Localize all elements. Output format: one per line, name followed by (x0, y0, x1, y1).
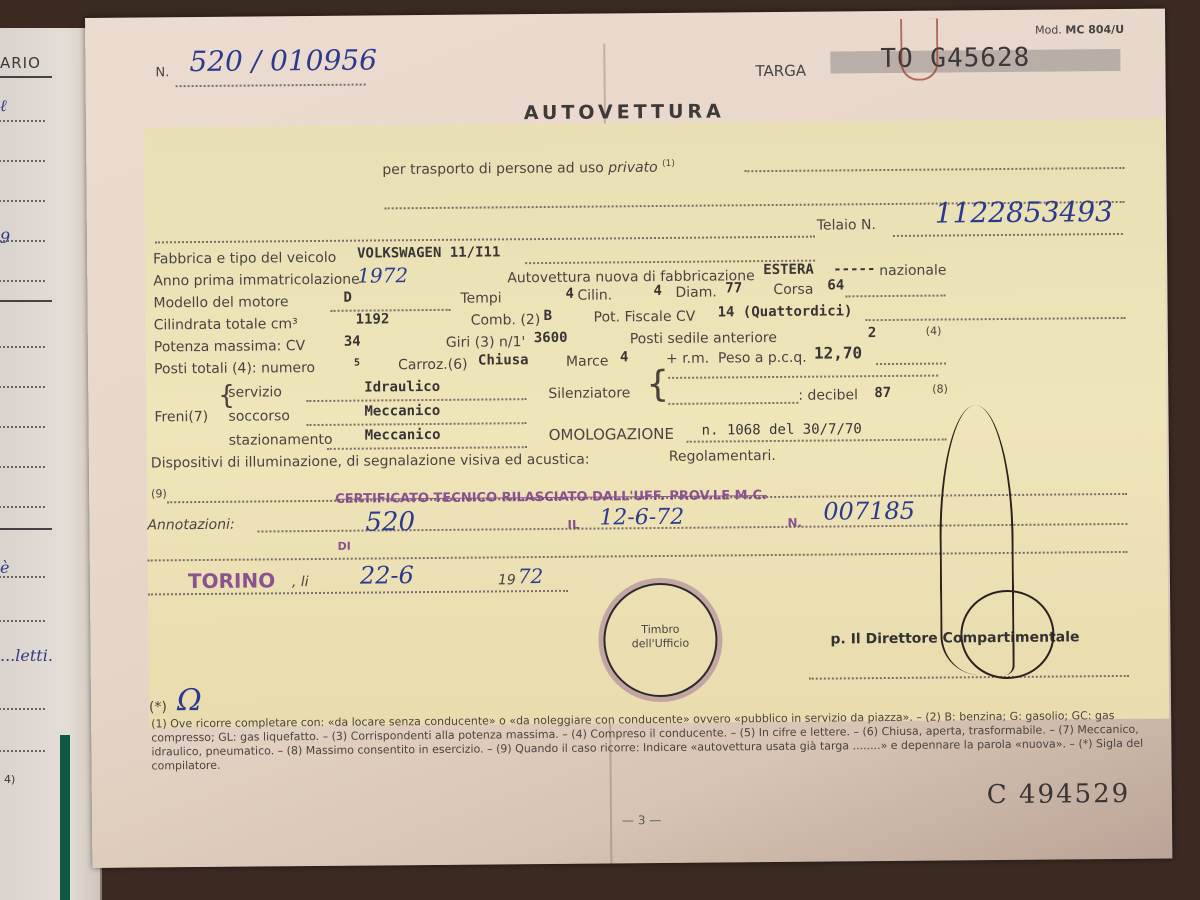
omologazione-value: n. 1068 del 30/7/70 (702, 421, 862, 438)
divider (0, 528, 52, 530)
issue-date: 22-6 (360, 561, 414, 589)
office-stamp-seal: Timbro dell'Ufficio (603, 583, 718, 698)
nuova-suffix: nazionale (879, 262, 946, 279)
comb-label: Comb. (2) (471, 312, 541, 329)
diam-label: Diam. (675, 284, 716, 300)
tempi-label: Tempi (460, 290, 501, 306)
fabbrica-value: VOLKSWAGEN 11/I11 (357, 244, 500, 261)
red-pen-mark (900, 19, 939, 81)
dotted-line (668, 402, 798, 405)
dotted-line (307, 422, 527, 426)
telaio-label: Telaio N. (817, 217, 876, 234)
giri-label: Giri (3) n/1' (446, 334, 526, 351)
handwriting: è (0, 558, 9, 577)
freni-staz-label: stazionamento (229, 432, 333, 449)
rm-label: + r.m. (666, 351, 709, 367)
posti-ant-label: Posti sedile anteriore (630, 330, 777, 347)
nuova-value: ESTERA (763, 262, 814, 278)
freni-servizio-label: servizio (228, 384, 282, 400)
potenza-label: Potenza massima: CV (154, 338, 305, 355)
freni-label: Freni(7) (154, 409, 208, 425)
nuova-strike: ----- (833, 261, 875, 277)
dotted-line (0, 576, 45, 578)
dotted-line (306, 398, 526, 402)
year-prefix: 19 (498, 572, 516, 588)
dotted-line (0, 620, 45, 622)
binding-strip (60, 735, 70, 900)
dotted-line (0, 506, 45, 508)
dispositivi-label: Dispositivi di illuminazione, di segnala… (151, 452, 590, 472)
brace-icon: { (646, 367, 669, 403)
left-page-note: g. 4) (0, 773, 15, 786)
city-stamp: TORINO (188, 568, 275, 593)
handwriting: ℓ (0, 96, 7, 116)
dotted-line (744, 167, 1124, 172)
number-label: N. (155, 65, 169, 80)
stamp-il: IL (567, 518, 579, 532)
motore-label: Modello del motore (153, 294, 288, 311)
dotted-line (327, 446, 527, 450)
usage-label: per trasporto di persone ad uso privato … (382, 159, 675, 178)
certificate-number: 007185 (823, 497, 915, 526)
ref-9: (9) (151, 487, 167, 500)
dotted-line (668, 375, 938, 379)
dotted-line (0, 708, 45, 710)
dotted-line (687, 438, 947, 442)
annotazioni-label: Annotazioni: (147, 517, 234, 534)
carroz-value: Chiusa (478, 352, 529, 368)
year-suffix: 72 (518, 564, 544, 588)
posti-tot-label: Posti totali (4): numero (154, 360, 315, 377)
decibel-ref: (8) (932, 382, 948, 395)
freni-servizio-value: Idraulico (364, 379, 440, 396)
dotted-line (331, 309, 451, 312)
certificate-stamp: CERTIFICATO TECNICO RILASCIATO DALL'UFF.… (335, 488, 767, 507)
page-number: — 3 — (622, 813, 661, 827)
left-page-title: ARIO (0, 54, 41, 72)
potfisc-label: Pot. Fiscale CV (594, 309, 696, 326)
giri-value: 3600 (534, 330, 568, 346)
dotted-line (876, 362, 946, 365)
tempi-value: 4 (565, 286, 574, 302)
silenziatore-label: Silenziatore (548, 385, 630, 402)
dotted-line (0, 466, 45, 468)
director-signature-loop (960, 590, 1055, 680)
compiler-initials: Ω (177, 683, 202, 718)
cilin-value: 4 (653, 283, 662, 299)
posti-ant-value: 2 (868, 325, 877, 341)
serial-number: C 494529 (987, 779, 1131, 810)
peso-value: 12,70 (814, 343, 862, 362)
posti-ant-ref: (4) (926, 325, 942, 338)
footnotes: (1) Ove ricorre completare con: «da loca… (151, 709, 1171, 774)
handwriting: 9 (0, 228, 10, 247)
dispositivi-value: Regolamentari. (669, 448, 776, 465)
freni-staz-value: Meccanico (365, 427, 441, 444)
decibel-value: 87 (874, 385, 891, 401)
dotted-line (866, 317, 1126, 321)
office-number: 520 (365, 507, 415, 537)
chassis-number: 1122853493 (935, 195, 1113, 230)
peso-label: Peso a p.c.q. (718, 350, 807, 367)
dotted-line (176, 84, 366, 88)
dotted-line (893, 233, 1123, 237)
dotted-line (0, 160, 45, 162)
divider (0, 76, 52, 78)
divider (0, 300, 52, 302)
diam-value: 77 (725, 280, 742, 296)
registration-page: N. 520 / 010956 Mod. MC 804/U TARGA TO G… (85, 9, 1172, 868)
cilin-label: Cilin. (577, 287, 612, 303)
marce-value: 4 (620, 349, 629, 365)
potfisc-value: 14 (Quattordici) (718, 303, 853, 320)
posti-tot-value: 5 (354, 358, 360, 369)
document-number: 520 / 010956 (189, 43, 377, 78)
anno-label: Anno prima immatricolazione (153, 272, 360, 290)
freni-soccorso-label: soccorso (228, 408, 290, 425)
targa-label: TARGA (755, 62, 806, 80)
carroz-label: Carroz.(6) (398, 357, 468, 374)
dotted-line (0, 346, 45, 348)
compiler-mark-label: (*) (149, 699, 167, 715)
nuova-label: Autovettura nuova di fabbricazione (507, 268, 755, 286)
corsa-label: Corsa (773, 282, 813, 298)
anno-value: 1972 (357, 263, 408, 287)
omologazione-label: OMOLOGAZIONE (549, 425, 674, 444)
dotted-line (155, 236, 815, 244)
certificate-date: 12-6-72 (599, 505, 684, 531)
dotted-line (0, 200, 45, 202)
marce-label: Marce (566, 353, 609, 369)
corsa-value: 64 (827, 277, 844, 293)
dotted-line (0, 426, 45, 428)
handwriting: ...letti. (0, 646, 53, 665)
decibel-label: : decibel (798, 387, 858, 404)
stamp-di: DI (338, 540, 351, 553)
document-title: AUTOVETTURA (524, 100, 725, 124)
stamp-n: N. (787, 516, 802, 530)
comb-value: B (544, 308, 553, 324)
motore-value: D (343, 290, 352, 306)
dotted-line (0, 386, 45, 388)
model-code: Mod. MC 804/U (1035, 23, 1124, 37)
dotted-line (0, 120, 45, 122)
signature-line (809, 675, 1129, 680)
freni-soccorso-value: Meccanico (364, 403, 440, 420)
cilindrata-label: Cilindrata totale cm³ (154, 316, 298, 333)
potenza-value: 34 (344, 334, 361, 350)
cilindrata-value: 1192 (356, 311, 390, 327)
dotted-line (845, 295, 945, 298)
li-label: , li (292, 574, 309, 590)
dotted-line (0, 280, 45, 282)
fabbrica-label: Fabbrica e tipo del veicolo (153, 250, 336, 268)
dotted-line (0, 240, 45, 242)
dotted-line (0, 750, 45, 752)
